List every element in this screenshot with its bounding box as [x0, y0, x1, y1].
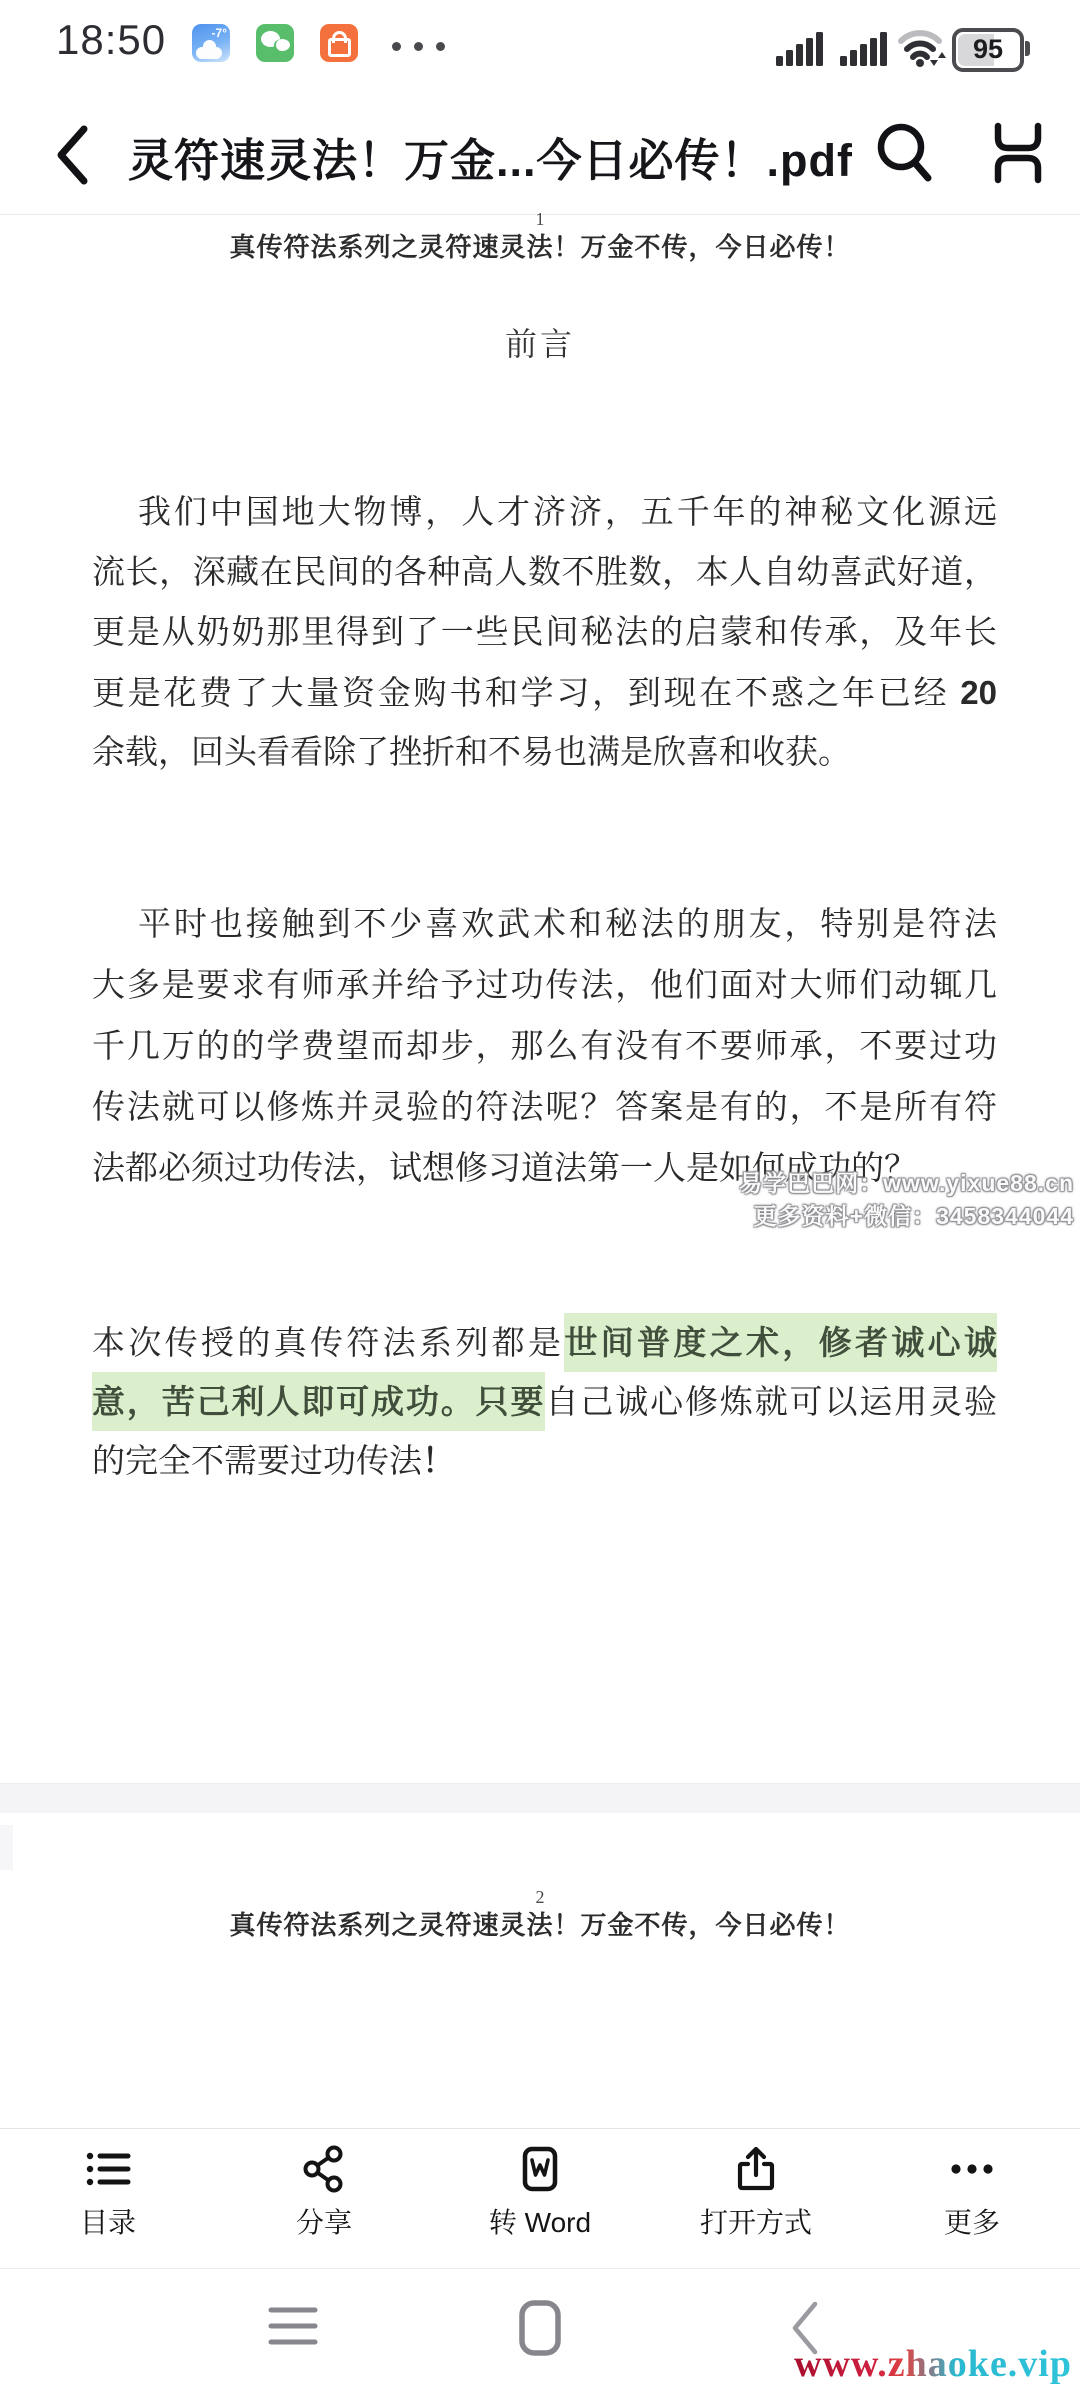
status-time: 18:50 — [56, 16, 166, 64]
toolbar-label: 分享 — [296, 2201, 352, 2241]
text-line: 我们中国地大物博，人才济济，五千年的神秘文化源远 — [92, 483, 997, 543]
text-line: 的完全不需要过功传法！ — [92, 1431, 997, 1490]
bag-icon — [328, 38, 351, 57]
signal-sim1-icon — [776, 28, 828, 68]
chat-bubble-small-icon — [274, 39, 290, 51]
text-line: 平时也接触到不少喜欢武术和秘法的朋友，特别是符法 — [92, 895, 997, 956]
toolbar-label: 更多 — [944, 2201, 1000, 2241]
watermark-line: 易学巴巴网：www.yixue88.cn — [739, 1167, 1074, 1200]
back-button[interactable] — [52, 124, 92, 186]
text-span: 本次传授的真传符法系列都是 — [92, 1326, 564, 1362]
weather-temp: -7° — [212, 26, 227, 40]
text-line: 传法就可以修炼并灵验的符法呢？答案是有的，不是所有符 — [92, 1078, 997, 1139]
battery-nub — [1025, 41, 1030, 56]
text-span: 的完全不需要过功传法 — [92, 1444, 422, 1480]
recents-button[interactable] — [268, 2305, 318, 2349]
pdf-page-2[interactable]: 2 真传符法系列之灵符速灵法！万金不传，今日必传！ — [0, 1813, 1080, 2128]
bold-exclamation: ！ — [422, 1442, 455, 1479]
mi-store-app-icon — [320, 24, 358, 62]
highlighted-text: 意，苦己利人即可成功。只要 — [92, 1372, 545, 1431]
toolbar-item-open-with[interactable]: 打开方式 — [648, 2129, 864, 2269]
word-convert-icon — [514, 2143, 566, 2195]
document-header: 真传符法系列之灵符速灵法！万金不传，今日必传！ — [0, 227, 1080, 264]
reader-mode-button[interactable] — [986, 120, 1050, 186]
yixue-watermark: 易学巴巴网：www.yixue88.cn 更多资料+微信：3458344044 — [739, 1167, 1074, 1233]
phone-screen: { "status": { "time": "18:50", "weather_… — [0, 0, 1080, 2400]
toolbar-item-toc[interactable]: 目录 — [0, 2129, 216, 2269]
text-span: 自己诚心修炼就可以运用灵验 — [545, 1385, 997, 1421]
toc-icon — [82, 2143, 134, 2195]
text-line: 千几万的的学费望而却步，那么有没有不要师承，不要过功 — [92, 1017, 997, 1078]
home-button[interactable] — [518, 2299, 562, 2357]
toolbar-item-word[interactable]: 转 Word — [432, 2129, 648, 2269]
text-span: 更是花费了大量资金购书和学习，到现在不惑之年已经 — [92, 676, 960, 712]
document-header: 真传符法系列之灵符速灵法！万金不传，今日必传！ — [0, 1905, 1080, 1942]
toolbar-label: 转 Word — [489, 2201, 591, 2241]
text-line: 意，苦己利人即可成功。只要自己诚心修炼就可以运用灵验 — [92, 1372, 997, 1431]
open-with-icon — [730, 2143, 782, 2195]
document-title-bar: 灵符速灵法！万金...今日必传！.pdf — [0, 96, 1080, 215]
toolbar-label: 目录 — [80, 2201, 136, 2241]
text-line: 大多是要求有师承并给予过功传法，他们面对大师们动辄几 — [92, 956, 997, 1017]
status-bar: 18:50 -7° — [0, 0, 1080, 96]
paragraph-3: 本次传授的真传符法系列都是世间普度之术，修者诚心诚 意，苦己利人即可成功。只要自… — [92, 1313, 997, 1490]
text-line: 流长，深藏在民间的各种高人数不胜数，本人自幼喜武好道， — [92, 543, 997, 603]
pdf-page-1[interactable]: 1 真传符法系列之灵符速灵法！万金不传，今日必传！ 前言 我们中国地大物博，人才… — [0, 215, 1080, 1783]
toolbar-label: 打开方式 — [700, 2201, 812, 2241]
signal-sim2-icon — [840, 28, 892, 68]
wechat-app-icon — [256, 24, 294, 62]
bottom-toolbar: 目录 分享 转 Word — [0, 2128, 1080, 2269]
more-notifications-icon — [392, 42, 445, 51]
paragraph-2: 平时也接触到不少喜欢武术和秘法的朋友，特别是符法 大多是要求有师承并给予过功传法… — [92, 895, 997, 1200]
page-separator — [0, 1783, 1080, 1814]
text-line: 余载，回头看看除了挫折和不易也满是欣喜和收获。 — [92, 723, 997, 783]
text-line: 更是从奶奶那里得到了一些民间秘法的启蒙和传承，及年长 — [92, 603, 997, 663]
weather-app-icon: -7° — [192, 24, 230, 62]
toolbar-item-more[interactable]: 更多 — [864, 2129, 1080, 2269]
wifi-icon — [898, 26, 946, 68]
watermark-line: 更多资料+微信：3458344044 — [739, 1200, 1074, 1233]
more-icon — [946, 2143, 998, 2195]
toolbar-item-share[interactable]: 分享 — [216, 2129, 432, 2269]
text-line: 本次传授的真传符法系列都是世间普度之术，修者诚心诚 — [92, 1313, 997, 1372]
search-button[interactable] — [874, 120, 936, 186]
bold-number: 20 — [960, 674, 997, 711]
section-title: 前言 — [0, 319, 1080, 365]
cloud-icon — [196, 47, 222, 59]
share-icon — [298, 2143, 350, 2195]
page-edge-shadow — [0, 1825, 13, 1870]
document-title: 灵符速灵法！万金...今日必传！.pdf — [128, 124, 852, 189]
text-line: 更是花费了大量资金购书和学习，到现在不惑之年已经 20 — [92, 663, 997, 723]
paragraph-1: 我们中国地大物博，人才济济，五千年的神秘文化源远 流长，深藏在民间的各种高人数不… — [92, 483, 997, 783]
battery-level: 95 — [956, 34, 1020, 65]
highlighted-text: 世间普度之术，修者诚心诚 — [564, 1313, 997, 1372]
zhaoke-watermark: www.zhaoke.vip — [794, 2342, 1072, 2386]
battery-icon: 95 — [952, 28, 1024, 72]
